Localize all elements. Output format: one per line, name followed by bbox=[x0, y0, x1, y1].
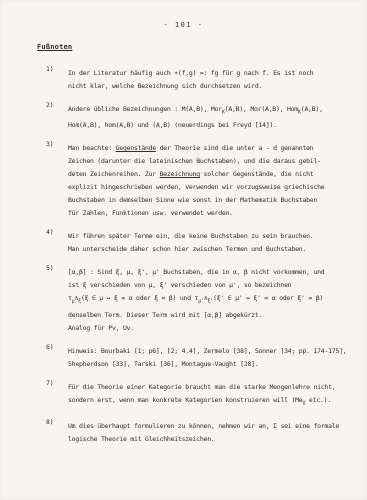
footnote-number: 4) bbox=[46, 228, 68, 236]
footnote-line: Shepherdson [33], Tarski [36], Montague-… bbox=[68, 358, 367, 371]
footnote-number: 3) bbox=[46, 140, 68, 148]
footnote-line: τμ∧ξ(ξ ∈ μ ↔ ξ = α oder ξ = β) und τμ'∧ξ… bbox=[68, 292, 367, 308]
footnote-line: Buchstaben in demselben Sinne wie sonst … bbox=[68, 194, 367, 207]
footnote-line: Hom(A,B), hom(A,B) und (A,B) (neuerdings… bbox=[68, 119, 367, 132]
document-page: - 101 - Fußnoten 1) In der Literatur häu… bbox=[0, 0, 367, 500]
footnotes-list: 1) In der Literatur häufig auch ∗(f,g) =… bbox=[46, 67, 367, 446]
footnote-item: 6) Hinweis: Bourbaki [1; p6], [2; 4.4], … bbox=[46, 345, 367, 371]
footnote-line: [α,β] : Sind ξ, μ, ξ', μ' Buchstaben, di… bbox=[68, 266, 367, 279]
footnote-number: 5) bbox=[46, 264, 68, 272]
footnote-line: Zeichen (darunter die lateinischen Buchs… bbox=[68, 155, 367, 168]
footnote-item: 4) Wir führen später Terme ein, die kein… bbox=[46, 230, 367, 256]
footnote-number: 8) bbox=[46, 418, 68, 426]
footnote-item: 5) [α,β] : Sind ξ, μ, ξ', μ' Buchstaben,… bbox=[46, 266, 367, 334]
footnote-line: denselben Term. Dieser Term wird mit [α,… bbox=[68, 309, 367, 322]
section-heading: Fußnoten bbox=[37, 43, 367, 51]
footnote-item: 1) In der Literatur häufig auch ∗(f,g) =… bbox=[46, 67, 367, 93]
footnote-number: 7) bbox=[46, 379, 68, 387]
page-number: - 101 - bbox=[0, 0, 367, 29]
footnote-text: Um dies überhaupt formulieren zu können,… bbox=[68, 420, 367, 446]
footnote-item: 7) Für die Theorie einer Kategorie brauc… bbox=[46, 381, 367, 410]
footnote-line: Wir führen später Terme ein, die keine B… bbox=[68, 230, 367, 243]
footnote-line: Analog für Pv, Uv. bbox=[68, 322, 367, 335]
footnote-line: ist ξ verschieden von μ, ξ' verschieden … bbox=[68, 279, 367, 292]
footnote-text: In der Literatur häufig auch ∗(f,g) =: f… bbox=[68, 67, 367, 93]
footnote-item: 3) Man beachte: Gegenstände der Theorie … bbox=[46, 142, 367, 220]
footnote-line: deten Zeichenreihen. Zur Bezeichnung sol… bbox=[68, 168, 367, 181]
footnote-item: 2) Andere übliche Bezeichnungen : M(A,B)… bbox=[46, 103, 367, 132]
footnote-line: logische Theorie mit Gleichheitszeichen. bbox=[68, 433, 367, 446]
footnote-line: für Zahlen, Funktionen usw. verwendet we… bbox=[68, 207, 367, 220]
footnote-line: explizit hingeschrieben werden, verwende… bbox=[68, 181, 367, 194]
footnote-line: Man beachte: Gegenstände der Theorie sin… bbox=[68, 142, 367, 155]
footnote-text: Wir führen später Terme ein, die keine B… bbox=[68, 230, 367, 256]
footnote-text: Hinweis: Bourbaki [1; p6], [2; 4.4], Zer… bbox=[68, 345, 367, 371]
footnote-line: Man unterscheide daher schon hier zwisch… bbox=[68, 243, 367, 256]
footnote-line: In der Literatur häufig auch ∗(f,g) =: f… bbox=[68, 67, 367, 80]
footnote-number: 2) bbox=[46, 101, 68, 109]
footnote-text: Für die Theorie einer Kategorie braucht … bbox=[68, 381, 367, 410]
footnote-text: [α,β] : Sind ξ, μ, ξ', μ' Buchstaben, di… bbox=[68, 266, 367, 334]
footnote-text: Andere übliche Bezeichnungen : M(A,B), M… bbox=[68, 103, 367, 132]
footnote-line: nicht klar, welche Bezeichnung sich durc… bbox=[68, 80, 367, 93]
footnote-number: 6) bbox=[46, 343, 68, 351]
footnote-line: sondern erst, wenn man konkrete Kategori… bbox=[68, 394, 367, 410]
footnote-line: Andere übliche Bezeichnungen : M(A,B), M… bbox=[68, 103, 367, 119]
footnote-line: Für die Theorie einer Kategorie braucht … bbox=[68, 381, 367, 394]
footnote-text: Man beachte: Gegenstände der Theorie sin… bbox=[68, 142, 367, 220]
footnote-line: Hinweis: Bourbaki [1; p6], [2; 4.4], Zer… bbox=[68, 345, 367, 358]
footnote-line: Um dies überhaupt formulieren zu können,… bbox=[68, 420, 367, 433]
footnote-item: 8) Um dies überhaupt formulieren zu könn… bbox=[46, 420, 367, 446]
footnote-number: 1) bbox=[46, 65, 68, 73]
